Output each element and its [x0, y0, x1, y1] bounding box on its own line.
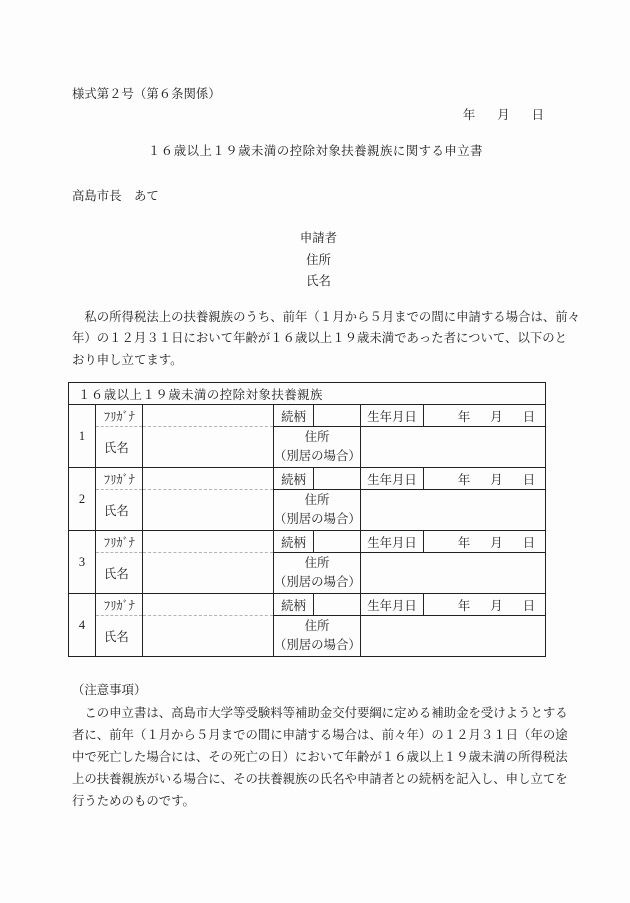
address-label-line1: 住所	[274, 554, 360, 573]
notes-heading: （注意事項）	[68, 680, 545, 700]
notes-line: この申立書は、高島市大学等受験料等補助金交付要綱に定める補助金を受けようとする	[72, 702, 545, 724]
furigana-field	[143, 594, 274, 616]
relationship-label: 続柄	[274, 531, 314, 553]
date-line: 年 月 日	[68, 105, 545, 125]
day-label: 日	[523, 407, 535, 425]
furigana-field	[143, 405, 274, 427]
relationship-field	[314, 531, 361, 553]
furigana-label: ﾌﾘｶﾞﾅ	[96, 405, 143, 427]
page-content: 様式第２号（第６条関係） 年 月 日 １６歳以上１９歳未満の控除対象扶養親族に関…	[68, 84, 545, 812]
applicant-label: 申請者	[92, 228, 545, 250]
table-caption-row: １６歳以上１９歳未満の控除対象扶養親族	[69, 383, 546, 405]
month-label: 月	[490, 407, 502, 425]
furigana-label: ﾌﾘｶﾞﾅ	[96, 531, 143, 553]
birthdate-field: 年 月 日	[424, 531, 546, 553]
row-number: 3	[69, 531, 96, 594]
name-field	[143, 490, 274, 531]
table-row-1-bottom: 氏名 住所 （別居の場合）	[69, 427, 546, 468]
address-field	[361, 616, 546, 657]
declaration-line: 私の所得税法上の扶養親族のうち、前年（１月から５月までの間に申請する場合は、前々	[72, 307, 545, 329]
relationship-label: 続柄	[274, 468, 314, 490]
month-label: 月	[490, 470, 502, 488]
birthdate-field: 年 月 日	[424, 405, 546, 427]
address-label: 住所 （別居の場合）	[274, 427, 361, 468]
address-label: 住所 （別居の場合）	[274, 553, 361, 594]
address-field	[361, 490, 546, 531]
row-number: 4	[69, 594, 96, 657]
relationship-field	[314, 468, 361, 490]
year-label: 年	[458, 470, 470, 488]
year-label: 年	[458, 596, 470, 614]
year-label: 年	[458, 533, 470, 551]
address-label-line1: 住所	[274, 428, 360, 447]
month-label: 月	[490, 596, 502, 614]
address-label: 住所 （別居の場合）	[274, 616, 361, 657]
table-row-3-top: 3 ﾌﾘｶﾞﾅ 続柄 生年月日 年 月 日	[69, 531, 546, 553]
address-label-line1: 住所	[274, 617, 360, 636]
day-label: 日	[523, 470, 535, 488]
day-label: 日	[523, 533, 535, 551]
name-label: 氏名	[96, 427, 143, 468]
relationship-label: 続柄	[274, 594, 314, 616]
birthdate-field: 年 月 日	[424, 468, 546, 490]
birthdate-label: 生年月日	[361, 405, 424, 427]
date-month-label: 月	[497, 105, 509, 125]
name-label: 氏名	[96, 553, 143, 594]
document-title: １６歳以上１９歳未満の控除対象扶養親族に関する申立書	[68, 141, 545, 161]
addressee: 高島市長 あて	[68, 186, 545, 206]
table-row-1-top: 1 ﾌﾘｶﾞﾅ 続柄 生年月日 年 月 日	[69, 405, 546, 427]
notes-line: 者に、前年（１月から５月までの間に申請する場合は、前々年）の１２月３１日（年の途	[72, 724, 545, 746]
relationship-field	[314, 594, 361, 616]
table-row-2-bottom: 氏名 住所 （別居の場合）	[69, 490, 546, 531]
address-label-line2: （別居の場合）	[274, 636, 360, 655]
declaration-line: おり申し立てます。	[72, 350, 545, 372]
table-row-3-bottom: 氏名 住所 （別居の場合）	[69, 553, 546, 594]
row-number: 2	[69, 468, 96, 531]
applicant-address-label: 住所	[92, 250, 545, 272]
form-number: 様式第２号（第６条関係）	[68, 84, 545, 104]
applicant-name-label: 氏名	[92, 271, 545, 293]
notes-paragraph: この申立書は、高島市大学等受験料等補助金交付要綱に定める補助金を受けようとする …	[68, 702, 545, 812]
furigana-label: ﾌﾘｶﾞﾅ	[96, 468, 143, 490]
dependents-table: １６歳以上１９歳未満の控除対象扶養親族 1 ﾌﾘｶﾞﾅ 続柄 生年月日 年 月 …	[68, 382, 546, 657]
notes-line: 行うためのものです。	[72, 790, 545, 812]
furigana-field	[143, 468, 274, 490]
name-field	[143, 553, 274, 594]
address-label-line2: （別居の場合）	[274, 573, 360, 592]
applicant-block: 申請者 住所 氏名	[68, 228, 545, 293]
furigana-field	[143, 531, 274, 553]
notes-line: 上の扶養親族がいる場合に、その扶養親族の氏名や申請者との続柄を記入し、申し立てを	[72, 768, 545, 790]
date-year-label: 年	[463, 105, 475, 125]
table-row-2-top: 2 ﾌﾘｶﾞﾅ 続柄 生年月日 年 月 日	[69, 468, 546, 490]
table-row-4-top: 4 ﾌﾘｶﾞﾅ 続柄 生年月日 年 月 日	[69, 594, 546, 616]
name-label: 氏名	[96, 490, 143, 531]
address-field	[361, 553, 546, 594]
notes-line: 中で死亡した場合には、その死亡の日）において年齢が１６歳以上１９歳未満の所得税法	[72, 746, 545, 768]
address-label-line2: （別居の場合）	[274, 510, 360, 529]
row-number: 1	[69, 405, 96, 468]
birthdate-label: 生年月日	[361, 594, 424, 616]
declaration-paragraph: 私の所得税法上の扶養親族のうち、前年（１月から５月までの間に申請する場合は、前々…	[68, 307, 545, 372]
birthdate-label: 生年月日	[361, 531, 424, 553]
address-label: 住所 （別居の場合）	[274, 490, 361, 531]
relationship-label: 続柄	[274, 405, 314, 427]
table-caption: １６歳以上１９歳未満の控除対象扶養親族	[69, 383, 546, 405]
name-field	[143, 616, 274, 657]
year-label: 年	[458, 407, 470, 425]
birthdate-field: 年 月 日	[424, 594, 546, 616]
address-label-line2: （別居の場合）	[274, 447, 360, 466]
address-label-line1: 住所	[274, 491, 360, 510]
day-label: 日	[523, 596, 535, 614]
birthdate-label: 生年月日	[361, 468, 424, 490]
month-label: 月	[490, 533, 502, 551]
document-page: 様式第２号（第６条関係） 年 月 日 １６歳以上１９歳未満の控除対象扶養親族に関…	[0, 0, 630, 903]
declaration-line: 年）の１２月３１日において年齢が１６歳以上１９歳未満であった者について、以下のと	[72, 328, 545, 350]
table-row-4-bottom: 氏名 住所 （別居の場合）	[69, 616, 546, 657]
date-day-label: 日	[532, 105, 544, 125]
relationship-field	[314, 405, 361, 427]
name-label: 氏名	[96, 616, 143, 657]
address-field	[361, 427, 546, 468]
furigana-label: ﾌﾘｶﾞﾅ	[96, 594, 143, 616]
name-field	[143, 427, 274, 468]
